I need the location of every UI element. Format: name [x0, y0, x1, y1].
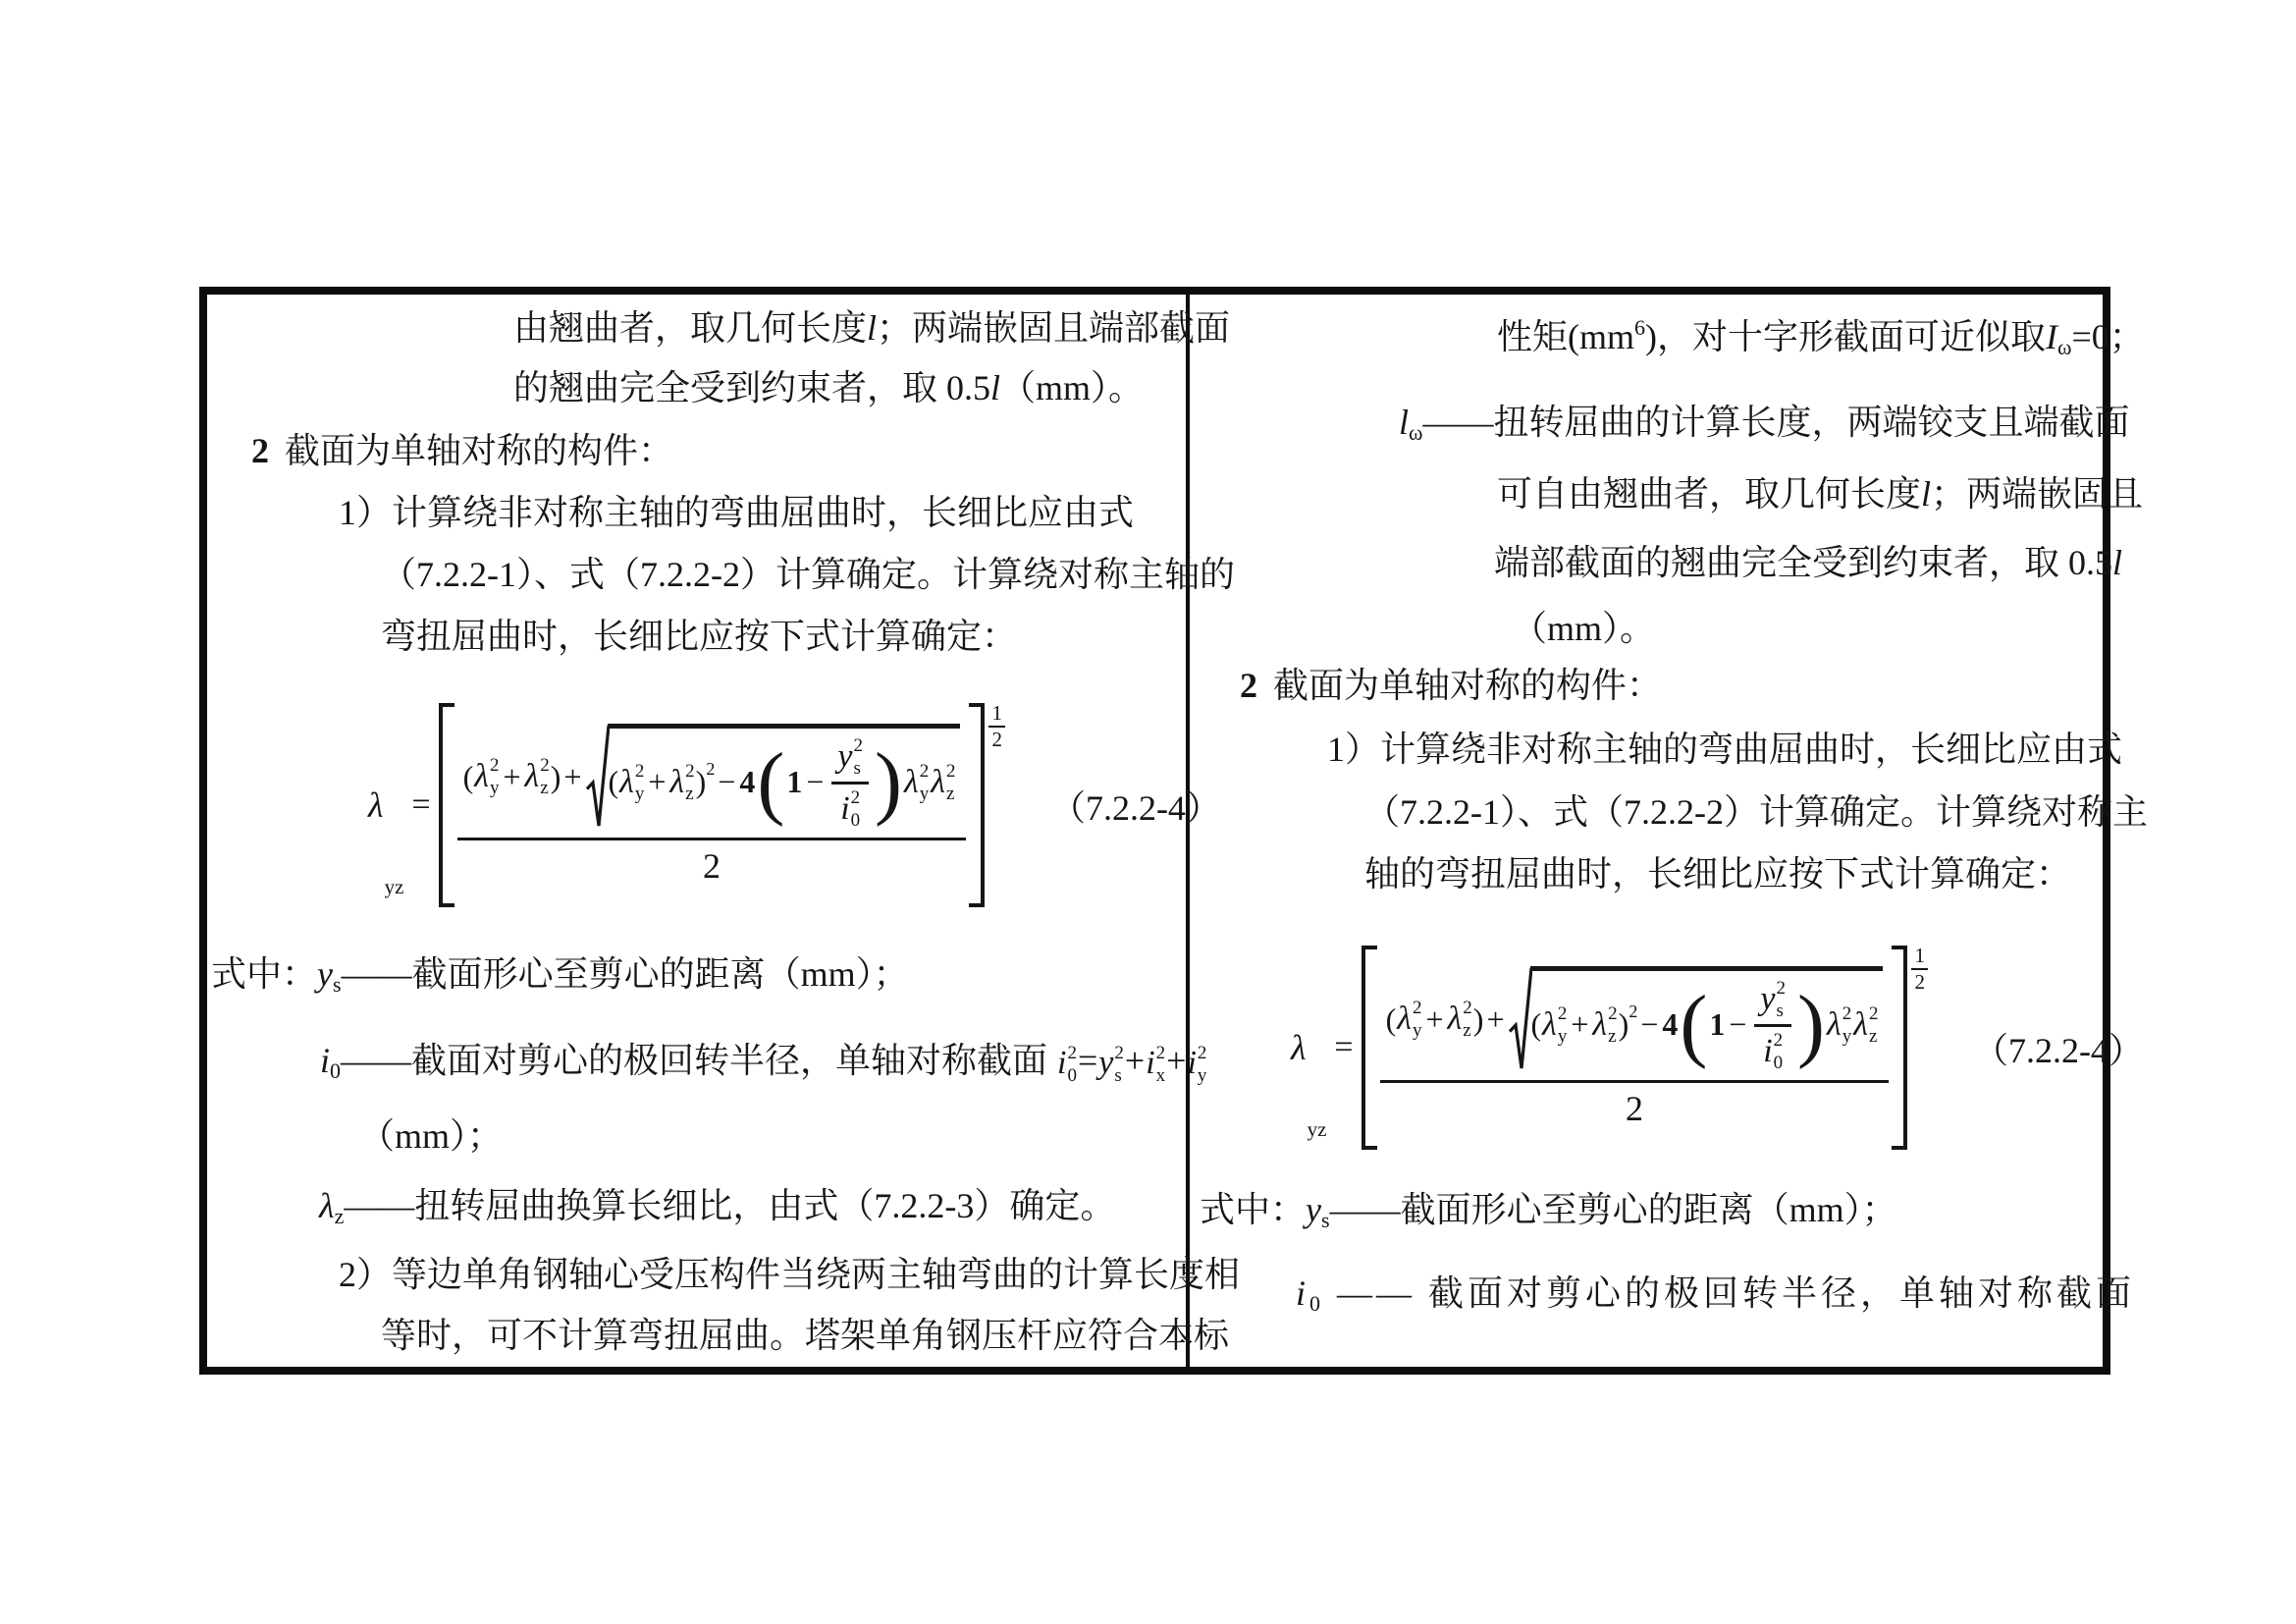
sup-2: 2 [1776, 979, 1786, 998]
scripts: 2y [1413, 999, 1422, 1040]
sub-s: s [1776, 1001, 1783, 1020]
open-paren: ( [1386, 1001, 1397, 1038]
sub-y: y [920, 785, 930, 803]
square-root: ( λ2y + λ2z )2 − 4 ( 1 − y2s i20 [586, 724, 960, 829]
right-square-bracket [969, 703, 985, 907]
slenderness-formula-7.2.2-4: λ yz = ( λ2y + λ2z ) + ( λ2y + [368, 703, 1221, 907]
sup-2: 2 [1869, 1004, 1879, 1023]
text-segment: i [1296, 1273, 1309, 1313]
sub-z: z [685, 785, 693, 803]
close-paren: ) [551, 759, 561, 795]
text-line: 可自由翘曲者，取几何长度l；两端嵌固且 [1497, 472, 2143, 516]
text-segment: 性矩(mm [1497, 317, 1634, 356]
text-segment: ——扭转屈曲的计算长度，两端铰支且端截面 [1423, 403, 2130, 442]
document-border-box: 由翘曲者，取几何长度l；两端嵌固且端部截面的翘曲完全受到约束者，取 0.5l（m… [199, 287, 2110, 1375]
i-0-squared: i20 [1763, 1031, 1783, 1072]
exponent-denominator: 2 [991, 728, 1002, 750]
coefficient-4: 4 [739, 764, 755, 800]
sub-z: z [946, 785, 954, 803]
sup-2: 2 [1774, 1031, 1784, 1050]
exponent-numerator: 1 [988, 703, 1005, 728]
sup-2: 2 [685, 762, 695, 781]
equals-sign: = [411, 786, 430, 824]
square-root: ( λ2y + λ2z )2 − 4 ( 1 − y2s i20 [1509, 966, 1883, 1071]
sub-z: z [540, 779, 548, 797]
scripts: 2y [1842, 1004, 1852, 1046]
lambda-symbol: λ [368, 785, 384, 826]
scanned-document-page: 由翘曲者，取几何长度l；两端嵌固且端部截面的翘曲完全受到约束者，取 0.5l（m… [0, 0, 2296, 1624]
text-segment: ——截面形心至剪心的距离（mm）； [1330, 1190, 1897, 1229]
sup-2: 2 [946, 762, 956, 781]
lambda-yz-subscript: yz [385, 875, 404, 899]
lambda-base: λ [904, 764, 919, 801]
lambda-y-squared: λ2y [474, 756, 499, 797]
close-paren: ) [1473, 1001, 1484, 1038]
sup-2: 2 [1463, 999, 1472, 1017]
lambda-base: λ [619, 764, 634, 801]
lambda-base: λ [525, 758, 540, 795]
text-line: i0 —— 截面对剪心的极回转半径，单轴对称截面 [1296, 1272, 2135, 1318]
lambda-yz-subscript: yz [1308, 1117, 1327, 1142]
text-segment: 式中： [1200, 1190, 1306, 1229]
text-segment: （7.2.2-1）、式（7.2.2-2）计算确定。计算绕对称主 [1364, 792, 2148, 832]
sub-y: y [1558, 1027, 1568, 1046]
squared-exponent: 2 [706, 759, 715, 780]
fraction-numerator: ( λ2y + λ2z ) + ( λ2y + λ2z )2 − [457, 724, 967, 837]
sub-y: y [490, 779, 500, 797]
radicand: ( λ2y + λ2z )2 − 4 ( 1 − y2s i20 [608, 724, 960, 829]
lambda-base: λ [1448, 1001, 1463, 1038]
plus-sign: + [1486, 1001, 1504, 1038]
sup-2: 2 [1413, 999, 1422, 1017]
text-segment: ；两端嵌固且 [1931, 474, 2143, 514]
fraction-numerator: ( λ2y + λ2z ) + ( λ2y + λ2z )2 − [1380, 966, 1890, 1079]
minus-sign: − [1640, 1006, 1658, 1043]
lambda-base: λ [1542, 1006, 1557, 1044]
lambda-z-squared: λ2z [1592, 1004, 1617, 1046]
i-base: i [840, 790, 849, 828]
inner-numerator: y2s [1754, 977, 1791, 1027]
lambda-base: λ [931, 764, 945, 801]
text-segment: 0 [1309, 1291, 1324, 1316]
lambda-symbol: λ [1291, 1027, 1307, 1068]
sub-y: y [1413, 1021, 1422, 1040]
text-line: （7.2.2-1）、式（7.2.2-2）计算确定。计算绕对称主 [1364, 790, 2148, 835]
y-base: y [837, 738, 852, 776]
numeral-1: 1 [786, 764, 802, 800]
inner-numerator: y2s [831, 734, 869, 785]
i-0-squared: i20 [840, 788, 860, 830]
text-line: 1）计算绕非对称主轴的弯曲屈曲时，长细比应由式 [1327, 728, 2122, 772]
text-line: 2截面为单轴对称的构件： [1240, 664, 1662, 708]
sup-2: 2 [920, 762, 930, 781]
text-line: （mm）。 [1512, 607, 1655, 651]
plus-sign: + [563, 759, 581, 795]
text-line: 轴的弯扭屈曲时，长细比应按下式计算确定： [1364, 852, 2071, 896]
lambda-base: λ [669, 764, 684, 801]
radical-sign-icon [586, 724, 610, 829]
text-segment: （mm）。 [1512, 609, 1655, 648]
y-s-squared: y2s [837, 736, 863, 778]
text-segment: —— 截面对剪心的极回转半径，单轴对称截面 [1324, 1273, 2135, 1313]
text-line: 式中：ys——截面形心至剪心的距离（mm）； [1200, 1188, 1897, 1234]
sup-2: 2 [851, 788, 861, 807]
y-base: y [1760, 981, 1775, 1018]
scripts: 20 [851, 788, 861, 830]
lambda-y-squared: λ2y [1542, 1004, 1567, 1046]
left-square-bracket [1362, 946, 1377, 1150]
lambda-base: λ [1827, 1006, 1842, 1044]
sub-y: y [635, 785, 645, 803]
sup-2: 2 [1558, 1004, 1568, 1023]
plus-sign: + [504, 759, 521, 795]
text-line: 端部截面的翘曲完全受到约束者，取 0.5l [1494, 541, 2122, 585]
inner-fraction-ys2-i02: y2s i20 [831, 734, 869, 829]
right-square-bracket [1892, 946, 1907, 1150]
lambda-z-squared: λ2z [525, 756, 550, 797]
sub-0: 0 [851, 811, 861, 830]
sub-0: 0 [1774, 1054, 1784, 1072]
plus-sign: + [1426, 1001, 1444, 1038]
text-segment: l [1399, 403, 1409, 442]
text-segment: I [2046, 317, 2057, 356]
text-segment: l [1921, 474, 1931, 514]
fraction-denominator: 2 [703, 840, 721, 887]
close-paren: ) [1619, 1006, 1629, 1043]
text-line: lω——扭转屈曲的计算长度，两端铰支且端截面 [1399, 401, 2130, 447]
coefficient-4: 4 [1662, 1006, 1678, 1043]
text-segment: 2 [1240, 666, 1257, 705]
main-fraction: ( λ2y + λ2z ) + ( λ2y + λ2z )2 − [457, 724, 967, 886]
text-segment: s [1321, 1208, 1330, 1232]
text-segment: 轴的弯扭屈曲时，长细比应按下式计算确定： [1364, 854, 2071, 893]
lambda-z-squared: λ2z [669, 762, 694, 803]
sub-z: z [1608, 1027, 1616, 1046]
inner-fraction-ys2-i02: y2s i20 [1754, 977, 1791, 1071]
scripts: 2y [635, 762, 645, 803]
main-fraction: ( λ2y + λ2z ) + ( λ2y + λ2z )2 − [1380, 966, 1890, 1128]
text-segment: l [2112, 543, 2122, 582]
scripts: 2z [685, 762, 695, 803]
sub-z: z [1869, 1027, 1877, 1046]
text-segment: 6 [1634, 315, 1645, 340]
lambda-y-squared: λ2y [1827, 1004, 1851, 1046]
scripts: 2s [853, 736, 863, 778]
exponent-one-half: 1 2 [1911, 946, 1928, 993]
scripts: 2z [1869, 1004, 1879, 1046]
lambda-y-squared: λ2y [904, 762, 929, 803]
scripts: 2z [1463, 999, 1472, 1040]
minus-sign: − [718, 764, 735, 800]
sup-2: 2 [1842, 1004, 1852, 1023]
radical-sign-icon [1509, 966, 1532, 1071]
formula-area-right: λ yz = ( λ2y + λ2z ) + ( λ2y + [1291, 946, 2144, 1150]
scripts: 2z [946, 762, 956, 803]
formula-area-left: λ yz = ( λ2y + λ2z ) + ( λ2y + [368, 703, 1221, 907]
text-segment: ω [1409, 420, 1422, 445]
slenderness-formula-7.2.2-4: λ yz = ( λ2y + λ2z ) + ( λ2y + [1291, 946, 2144, 1150]
sub-y: y [1842, 1027, 1852, 1046]
left-square-bracket [439, 703, 454, 907]
exponent-one-half: 1 2 [988, 703, 1005, 750]
lambda-base: λ [1853, 1006, 1868, 1044]
equation-number: （7.2.2-4） [1050, 781, 1221, 831]
text-line: 性矩(mm6)，对十字形截面可近似取Iω=0； [1497, 314, 2145, 361]
y-s-squared: y2s [1760, 979, 1786, 1020]
text-segment: 1）计算绕非对称主轴的弯曲屈曲时，长细比应由式 [1327, 730, 2122, 769]
scripts: 2y [1558, 1004, 1568, 1046]
sup-2: 2 [540, 756, 550, 775]
equals-sign: = [1334, 1029, 1353, 1066]
exponent-denominator: 2 [1914, 970, 1925, 993]
equation-number: （7.2.2-4） [1973, 1023, 2144, 1073]
numeral-1: 1 [1709, 1006, 1725, 1043]
plus-sign: + [1571, 1006, 1588, 1043]
sup-2: 2 [853, 736, 863, 755]
text-segment: y [1306, 1190, 1321, 1229]
open-paren: ( [463, 759, 474, 795]
sub-z: z [1463, 1021, 1470, 1040]
text-segment: )，对十字形截面可近似取 [1645, 317, 2046, 356]
lambda-base: λ [474, 758, 489, 795]
text-segment: 截面为单轴对称的构件： [1273, 666, 1662, 705]
minus-sign: − [1729, 1006, 1746, 1043]
scripts: 20 [1774, 1031, 1784, 1072]
close-paren: ) [696, 764, 707, 800]
squared-exponent: 2 [1629, 1001, 1637, 1022]
scripts: 2s [1776, 979, 1786, 1020]
lambda-z-squared: λ2z [1448, 999, 1472, 1040]
lambda-z-squared: λ2z [1853, 1004, 1878, 1046]
text-segment: 可自由翘曲者，取几何长度 [1497, 474, 1921, 514]
scripts: 2z [1608, 1004, 1618, 1046]
scripts: 2y [920, 762, 930, 803]
inner-denominator: i20 [1762, 1027, 1784, 1072]
radicand: ( λ2y + λ2z )2 − 4 ( 1 − y2s i20 [1530, 966, 1883, 1071]
lambda-y-squared: λ2y [1397, 999, 1421, 1040]
text-segment: 端部截面的翘曲完全受到约束者，取 0.5 [1494, 543, 2112, 582]
lambda-y-squared: λ2y [619, 762, 644, 803]
scripts: 2y [490, 756, 500, 797]
lambda-base: λ [1592, 1006, 1607, 1044]
exponent-numerator: 1 [1911, 946, 1928, 970]
fraction-denominator: 2 [1626, 1083, 1643, 1129]
sup-2: 2 [490, 756, 500, 775]
sub-s: s [853, 759, 860, 778]
text-segment: =0； [2071, 317, 2144, 356]
plus-sign: + [648, 764, 666, 800]
minus-sign: − [806, 764, 824, 800]
sup-2: 2 [1608, 1004, 1618, 1023]
scripts: 2z [540, 756, 550, 797]
text-segment: ω [2057, 335, 2071, 359]
lambda-base: λ [1397, 1001, 1412, 1038]
inner-denominator: i20 [839, 785, 861, 830]
i-base: i [1763, 1033, 1772, 1070]
lambda-z-squared: λ2z [931, 762, 955, 803]
sup-2: 2 [635, 762, 645, 781]
